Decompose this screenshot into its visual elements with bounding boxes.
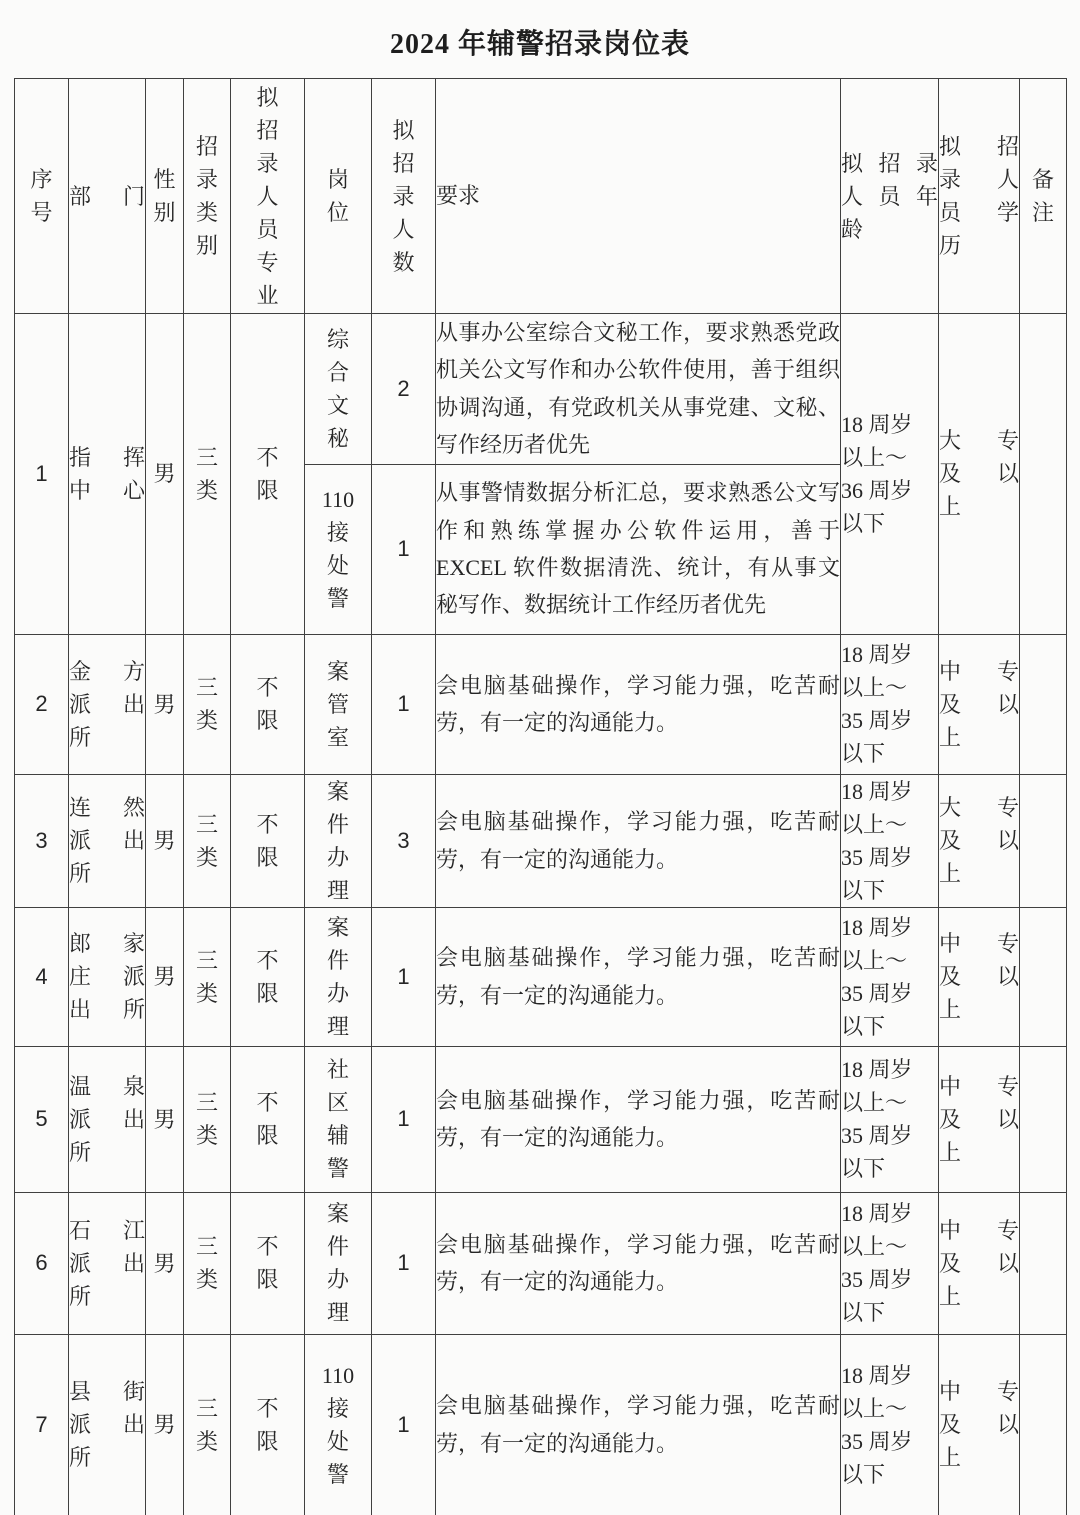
count-cell: 1 xyxy=(372,1192,436,1334)
department-cell: 连然 派出 所 xyxy=(69,774,146,907)
position-cell: 社 区 辅 警 xyxy=(305,1046,372,1192)
category-cell: 三 类 xyxy=(184,1334,231,1515)
age-cell: 18 周岁 以上～ 35 周岁 以下 xyxy=(841,774,939,907)
remarks-cell xyxy=(1020,314,1067,635)
table-row: 7 县街 派出 所 男 三 类 不 限 110 接 处 警 1 会电脑基础操作，… xyxy=(15,1334,1067,1515)
table-row: 1 指挥 中心 男 三 类 不 限 综 合 文 秘 2 从事办公室综合文秘工作，… xyxy=(15,314,1067,465)
category-cell: 三 类 xyxy=(184,1192,231,1334)
major-cell: 不 限 xyxy=(231,774,305,907)
major-cell: 不 限 xyxy=(231,1046,305,1192)
category-cell: 三 类 xyxy=(184,314,231,635)
gender-cell: 男 xyxy=(146,314,184,635)
table-row: 2 金方 派出 所 男 三 类 不 限 案 管 室 1 会电脑基础操作，学习能力… xyxy=(15,634,1067,774)
count-cell: 1 xyxy=(372,634,436,774)
requirement-cell: 会电脑基础操作，学习能力强，吃苦耐劳，有一定的沟通能力。 xyxy=(436,907,841,1046)
serial-cell: 4 xyxy=(15,907,69,1046)
position-cell: 案 件 办 理 xyxy=(305,907,372,1046)
page-title: 2024 年辅警招录岗位表 xyxy=(0,22,1080,62)
position-cell: 案 件 办 理 xyxy=(305,774,372,907)
header-cell-count: 拟 招 录 人 数 xyxy=(372,79,436,314)
gender-cell: 男 xyxy=(146,634,184,774)
serial-cell: 3 xyxy=(15,774,69,907)
major-cell: 不 限 xyxy=(231,1334,305,1515)
requirement-cell: 会电脑基础操作，学习能力强，吃苦耐劳，有一定的沟通能力。 xyxy=(436,774,841,907)
gender-cell: 男 xyxy=(146,774,184,907)
education-cell: 大专 及以 上 xyxy=(939,314,1020,635)
age-cell: 18 周岁 以上～ 35 周岁 以下 xyxy=(841,1192,939,1334)
major-cell: 不 限 xyxy=(231,907,305,1046)
requirement-cell: 会电脑基础操作，学习能力强，吃苦耐劳，有一定的沟通能力。 xyxy=(436,1046,841,1192)
table-header-row: 序 号 部门 性 别 招 录 类 别 拟 招 录 人 员 专 业 岗 位 拟 招… xyxy=(15,79,1067,314)
position-cell: 110 接 处 警 xyxy=(305,464,372,634)
count-cell: 3 xyxy=(372,774,436,907)
serial-cell: 6 xyxy=(15,1192,69,1334)
remarks-cell xyxy=(1020,1192,1067,1334)
category-cell: 三 类 xyxy=(184,634,231,774)
education-cell: 大专 及以 上 xyxy=(939,774,1020,907)
header-cell-education: 拟招 录人 员学 历 xyxy=(939,79,1020,314)
recruitment-table: 序 号 部门 性 别 招 录 类 别 拟 招 录 人 员 专 业 岗 位 拟 招… xyxy=(14,78,1067,1515)
count-cell: 1 xyxy=(372,907,436,1046)
requirement-cell: 从事警情数据分析汇总，要求熟悉公文写作和熟练掌握办公软件运用，善于 EXCEL … xyxy=(436,464,841,634)
gender-cell: 男 xyxy=(146,1334,184,1515)
remarks-cell xyxy=(1020,634,1067,774)
count-cell: 1 xyxy=(372,464,436,634)
category-cell: 三 类 xyxy=(184,774,231,907)
header-cell-requirements: 要求 xyxy=(436,79,841,314)
table-row: 3 连然 派出 所 男 三 类 不 限 案 件 办 理 3 会电脑基础操作，学习… xyxy=(15,774,1067,907)
remarks-cell xyxy=(1020,1334,1067,1515)
gender-cell: 男 xyxy=(146,1192,184,1334)
education-cell: 中专 及以 上 xyxy=(939,907,1020,1046)
department-cell: 郎家 庄派 出所 xyxy=(69,907,146,1046)
remarks-cell xyxy=(1020,907,1067,1046)
education-cell: 中专 及以 上 xyxy=(939,634,1020,774)
document-page: 2024 年辅警招录岗位表 序 号 部门 性 别 招 录 类 别 拟 招 录 人… xyxy=(0,0,1080,1515)
requirement-cell: 从事办公室综合文秘工作，要求熟悉党政机关公文写作和办公软件使用，善于组织协调沟通… xyxy=(436,314,841,465)
serial-cell: 2 xyxy=(15,634,69,774)
gender-cell: 男 xyxy=(146,907,184,1046)
requirement-cell: 会电脑基础操作，学习能力强，吃苦耐劳，有一定的沟通能力。 xyxy=(436,634,841,774)
age-cell: 18 周岁 以上～ 35 周岁 以下 xyxy=(841,907,939,1046)
major-cell: 不 限 xyxy=(231,314,305,635)
position-cell: 案 管 室 xyxy=(305,634,372,774)
count-cell: 1 xyxy=(372,1334,436,1515)
major-cell: 不 限 xyxy=(231,634,305,774)
serial-cell: 7 xyxy=(15,1334,69,1515)
gender-cell: 男 xyxy=(146,1046,184,1192)
category-cell: 三 类 xyxy=(184,1046,231,1192)
education-cell: 中专 及以 上 xyxy=(939,1046,1020,1192)
education-cell: 中专 及以 上 xyxy=(939,1334,1020,1515)
serial-cell: 5 xyxy=(15,1046,69,1192)
age-cell: 18 周岁 以上～ 35 周岁 以下 xyxy=(841,1046,939,1192)
header-cell-department: 部门 xyxy=(69,79,146,314)
requirement-cell: 会电脑基础操作，学习能力强，吃苦耐劳，有一定的沟通能力。 xyxy=(436,1334,841,1515)
table-row: 6 石江 派出 所 男 三 类 不 限 案 件 办 理 1 会电脑基础操作，学习… xyxy=(15,1192,1067,1334)
count-cell: 2 xyxy=(372,314,436,465)
header-cell-category: 招 录 类 别 xyxy=(184,79,231,314)
count-cell: 1 xyxy=(372,1046,436,1192)
header-cell-serial: 序 号 xyxy=(15,79,69,314)
requirement-cell: 会电脑基础操作，学习能力强，吃苦耐劳，有一定的沟通能力。 xyxy=(436,1192,841,1334)
header-cell-position: 岗 位 xyxy=(305,79,372,314)
position-cell: 综 合 文 秘 xyxy=(305,314,372,465)
header-cell-age: 拟招录 人员年 龄 xyxy=(841,79,939,314)
age-cell: 18 周岁 以上～ 35 周岁 以下 xyxy=(841,634,939,774)
header-cell-remarks: 备 注 xyxy=(1020,79,1067,314)
table-row: 5 温泉 派出 所 男 三 类 不 限 社 区 辅 警 1 会电脑基础操作，学习… xyxy=(15,1046,1067,1192)
remarks-cell xyxy=(1020,774,1067,907)
serial-cell: 1 xyxy=(15,314,69,635)
age-cell: 18 周岁 以上～ 36 周岁 以下 xyxy=(841,314,939,635)
major-cell: 不 限 xyxy=(231,1192,305,1334)
department-cell: 石江 派出 所 xyxy=(69,1192,146,1334)
category-cell: 三 类 xyxy=(184,907,231,1046)
department-cell: 温泉 派出 所 xyxy=(69,1046,146,1192)
department-cell: 县街 派出 所 xyxy=(69,1334,146,1515)
department-cell: 金方 派出 所 xyxy=(69,634,146,774)
remarks-cell xyxy=(1020,1046,1067,1192)
table-row: 4 郎家 庄派 出所 男 三 类 不 限 案 件 办 理 1 会电脑基础操作，学… xyxy=(15,907,1067,1046)
department-cell: 指挥 中心 xyxy=(69,314,146,635)
position-cell: 案 件 办 理 xyxy=(305,1192,372,1334)
education-cell: 中专 及以 上 xyxy=(939,1192,1020,1334)
header-cell-gender: 性 别 xyxy=(146,79,184,314)
age-cell: 18 周岁 以上～ 35 周岁 以下 xyxy=(841,1334,939,1515)
header-cell-major: 拟 招 录 人 员 专 业 xyxy=(231,79,305,314)
position-cell: 110 接 处 警 xyxy=(305,1334,372,1515)
